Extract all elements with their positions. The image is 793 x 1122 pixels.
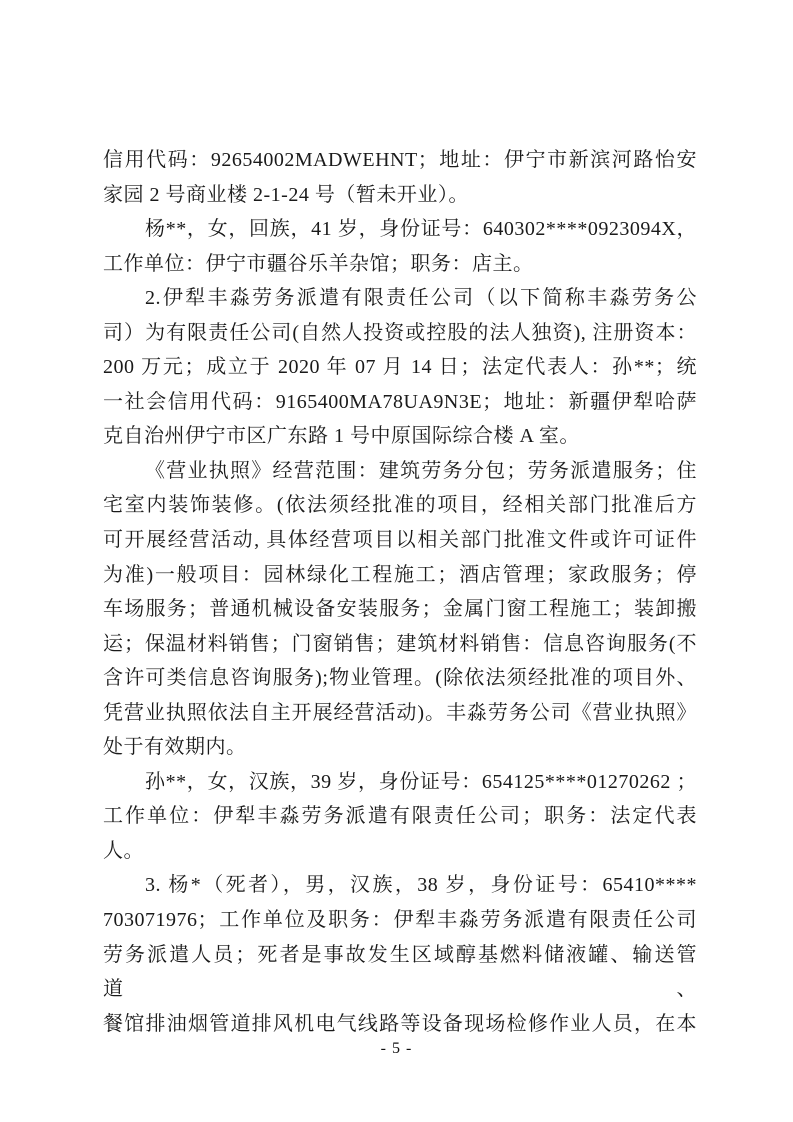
document-line: 司）为有限责任公司(自然人投资或控股的法人独资), 注册资本： <box>103 316 697 351</box>
document-line: 车场服务；普通机械设备安装服务；金属门窗工程施工；装卸搬 <box>103 592 697 627</box>
document-line: 含许可类信息咨询服务);物业管理。(除依法须经批准的项目外、 <box>103 661 697 696</box>
document-line: 3. 杨*（死者），男，汉族，38 岁，身份证号：65410**** <box>103 868 697 903</box>
document-line: 为准)一般项目：园林绿化工程施工；酒店管理；家政服务；停 <box>103 558 697 593</box>
document-line: 餐馆排油烟管道排风机电气线路等设备现场检修作业人员，在本 <box>103 1007 697 1042</box>
document-line: 工作单位：伊宁市疆谷乐羊杂馆；职务：店主。 <box>103 247 697 282</box>
document-line: 处于有效期内。 <box>103 730 697 765</box>
document-content: 信用代码：92654002MADWEHNT；地址：伊宁市新滨河路怡安家园 2 号… <box>103 143 697 1041</box>
document-line: 宅室内装饰装修。(依法须经批准的项目，经相关部门批准后方 <box>103 488 697 523</box>
document-page: 信用代码：92654002MADWEHNT；地址：伊宁市新滨河路怡安家园 2 号… <box>0 0 793 1122</box>
document-line: 杨**，女，回族，41 岁，身份证号：640302****0923094X， <box>103 212 697 247</box>
document-line: 一社会信用代码：9165400MA78UA9N3E；地址：新疆伊犁哈萨 <box>103 385 697 420</box>
document-line: 200 万元；成立于 2020 年 07 月 14 日；法定代表人：孙**；统 <box>103 350 697 385</box>
page-number: - 5 - <box>0 1040 793 1058</box>
document-line: 《营业执照》经营范围：建筑劳务分包；劳务派遣服务；住 <box>103 454 697 489</box>
document-line: 家园 2 号商业楼 2-1-24 号（暂未开业）。 <box>103 178 697 213</box>
document-line: 凭营业执照依法自主开展经营活动)。丰淼劳务公司《营业执照》 <box>103 696 697 731</box>
document-line: 2.伊犁丰淼劳务派遣有限责任公司（以下简称丰淼劳务公 <box>103 281 697 316</box>
document-line: 信用代码：92654002MADWEHNT；地址：伊宁市新滨河路怡安 <box>103 143 697 178</box>
document-line: 可开展经营活动, 具体经营项目以相关部门批准文件或许可证件 <box>103 523 697 558</box>
document-line: 劳务派遣人员；死者是事故发生区域醇基燃料储液罐、输送管道、 <box>103 938 697 1007</box>
document-line: 703071976；工作单位及职务：伊犁丰淼劳务派遣有限责任公司 <box>103 903 697 938</box>
document-line: 孙**，女，汉族，39 岁，身份证号：654125****01270262 ； <box>103 765 697 800</box>
document-line: 克自治州伊宁市区广东路 1 号中原国际综合楼 A 室。 <box>103 419 697 454</box>
document-line: 运；保温材料销售；门窗销售；建筑材料销售：信息咨询服务(不 <box>103 627 697 662</box>
document-line: 工作单位：伊犁丰淼劳务派遣有限责任公司；职务：法定代表人。 <box>103 799 697 868</box>
